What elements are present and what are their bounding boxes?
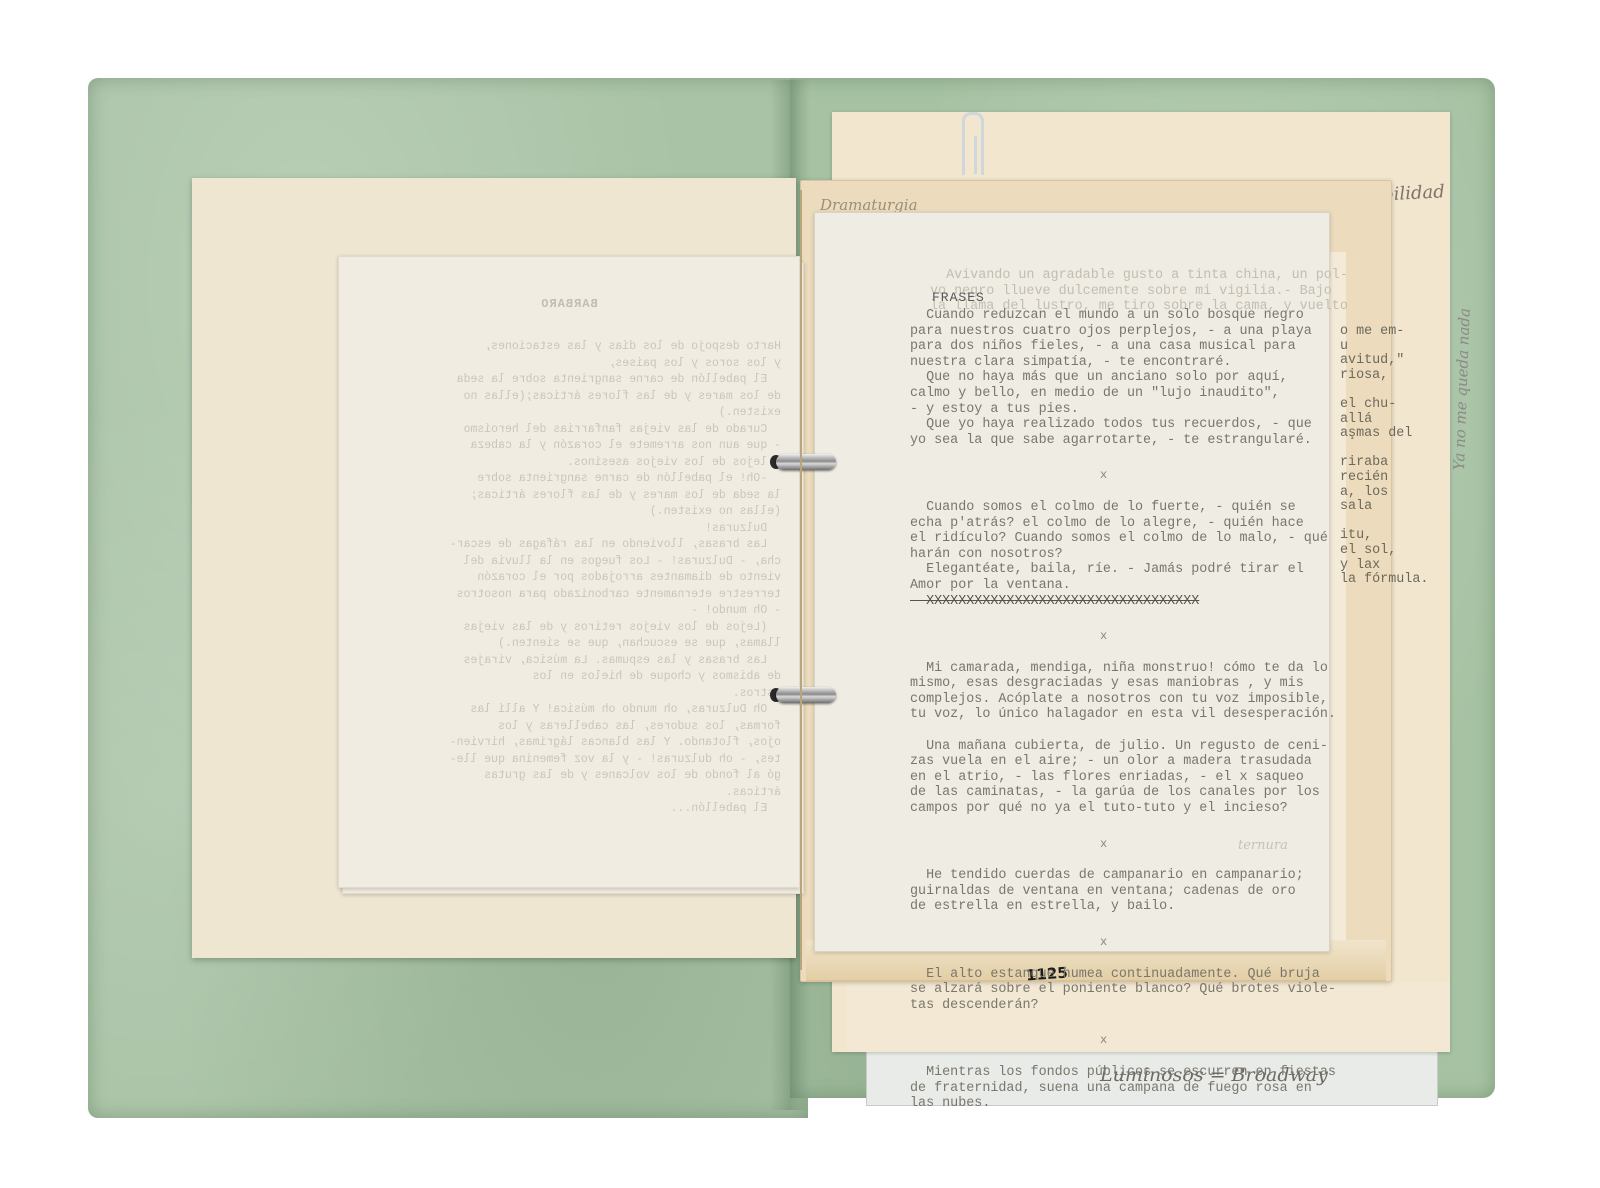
typed-line: Mientras los fondos públicos se escurren…	[910, 1065, 1336, 1081]
text-fragment: riraba	[1340, 456, 1428, 471]
typed-line: las nubes.	[910, 1096, 1336, 1112]
typed-line: para dos niños fieles, - a una casa musi…	[910, 339, 1336, 355]
typed-line: complejos. Acóplate a nosotros con tu vo…	[910, 692, 1336, 708]
text-section: El alto estanque humea continuadamente. …	[910, 967, 1336, 1014]
text-fragment: a, los	[1340, 486, 1428, 501]
section-separator: x	[910, 629, 1336, 645]
page-title: FRASES	[932, 290, 985, 305]
text-fragment: el chu-	[1340, 398, 1428, 413]
show-through-title: BARBARO	[339, 297, 799, 311]
text-section: Mi camarada, mendiga, niña monstruo! cóm…	[910, 661, 1336, 817]
faint-pencil-note: ternura	[1238, 838, 1288, 853]
typed-line: para nuestros cuatro ojos perplejos, - a…	[910, 324, 1336, 340]
typed-line: yo sea la que sabe agarrotarte, - te est…	[910, 433, 1336, 449]
text-fragment: o me em-	[1340, 325, 1428, 340]
text-fragment	[1340, 515, 1428, 530]
text-section: Cuando somos el colmo de lo fuerte, - qu…	[910, 500, 1336, 609]
text-fragment: riosa,	[1340, 369, 1428, 384]
binder-ring-top	[776, 454, 836, 470]
typed-line: campos por qué no ya el tuto-tuto y el i…	[910, 801, 1336, 817]
typed-line: Elegantéate, baila, ríe. - Jamás podré t…	[910, 562, 1336, 578]
typed-line: He tendido cuerdas de campanario en camp…	[910, 868, 1336, 884]
text-fragment: u	[1340, 340, 1428, 355]
typed-line: tu voz, lo único halagador en esta vil d…	[910, 707, 1336, 723]
typed-line: XXXXXXXXXXXXXXXXXXXXXXXXXXXXXXXXXX	[910, 594, 1336, 610]
barbaro-page: BARBARO Harto despojo de los días y las …	[338, 256, 800, 888]
typed-line: Cuando somos el colmo de lo fuerte, - qu…	[910, 500, 1336, 516]
text-fragment: la fórmula.	[1340, 573, 1428, 588]
paperclip-icon	[962, 112, 984, 175]
typed-line: se alzará sobre el poniente blanco? Qué …	[910, 982, 1336, 998]
section-separator: x	[910, 1033, 1336, 1049]
text-section: He tendido cuerdas de campanario en camp…	[910, 868, 1336, 915]
paperclip-icon	[974, 136, 977, 174]
typed-line: de estrella en estrella, y bailo.	[910, 899, 1336, 915]
typed-line: harán con nosotros?	[910, 547, 1336, 563]
typed-line: de fraternidad, suena una campana de fue…	[910, 1081, 1336, 1097]
text-section: Cuando reduzcan el mundo a un solo bosqu…	[910, 308, 1336, 448]
typed-line: Que no haya más que un anciano solo por …	[910, 370, 1336, 386]
typed-line: Mi camarada, mendiga, niña monstruo! cóm…	[910, 661, 1336, 677]
text-fragment: recién	[1340, 471, 1428, 486]
text-fragment: aşmas del	[1340, 427, 1428, 442]
text-fragment	[1340, 442, 1428, 457]
typed-line	[910, 723, 1336, 739]
text-fragment	[1340, 383, 1428, 398]
text-fragment: avitud,"	[1340, 354, 1428, 369]
typed-line: guirnaldas de ventana en ventana; cadena…	[910, 884, 1336, 900]
typed-line: Cuando reduzcan el mundo a un solo bosqu…	[910, 308, 1336, 324]
frases-body: Cuando reduzcan el mundo a un solo bosqu…	[910, 308, 1336, 1112]
section-separator: x	[910, 935, 1336, 951]
text-fragment: y lax	[1340, 559, 1428, 574]
typed-line: mismo, esas desgraciadas y esas maniobra…	[910, 676, 1336, 692]
typed-line: Que yo haya realizado todos tus recuerdo…	[910, 417, 1336, 433]
text-fragment: itu,	[1340, 529, 1428, 544]
underlying-page-text: o me em-uavitud,"riosa,el chu-alláaşmas …	[1340, 297, 1428, 602]
typed-line: tas descenderán?	[910, 998, 1336, 1014]
binder-ring-bottom	[776, 687, 836, 703]
text-section: Mientras los fondos públicos se escurren…	[910, 1065, 1336, 1112]
typed-line: calmo y bello, en medio de un "lujo inau…	[910, 386, 1336, 402]
show-through-text: Harto despojo de los días y las estacion…	[369, 339, 781, 818]
typed-line: Amor por la ventana.	[910, 578, 1336, 594]
typed-line: El alto estanque humea continuadamente. …	[910, 967, 1336, 983]
typed-line: Una mañana cubierta, de julio. Un regust…	[910, 739, 1336, 755]
typed-line: - y estoy a tus pies.	[910, 402, 1336, 418]
text-fragment: allá	[1340, 413, 1428, 428]
typed-line: de las caminatas, - la garúa de los cana…	[910, 785, 1336, 801]
typed-line: zas vuela en el aire; - un olor a madera…	[910, 754, 1336, 770]
section-separator: x	[910, 468, 1336, 484]
typed-line: en el atrio, - las flores enriadas, - el…	[910, 770, 1336, 786]
page-gutter	[800, 190, 802, 970]
text-fragment: el sol,	[1340, 544, 1428, 559]
typed-line: echa p'atrás? el colmo de lo alegre, - q…	[910, 516, 1336, 532]
typed-line: nuestra clara simpatía, - te encontraré.	[910, 355, 1336, 371]
typed-line: el ridículo? Cuando somos el colmo de lo…	[910, 531, 1336, 547]
text-fragment: sala	[1340, 500, 1428, 515]
